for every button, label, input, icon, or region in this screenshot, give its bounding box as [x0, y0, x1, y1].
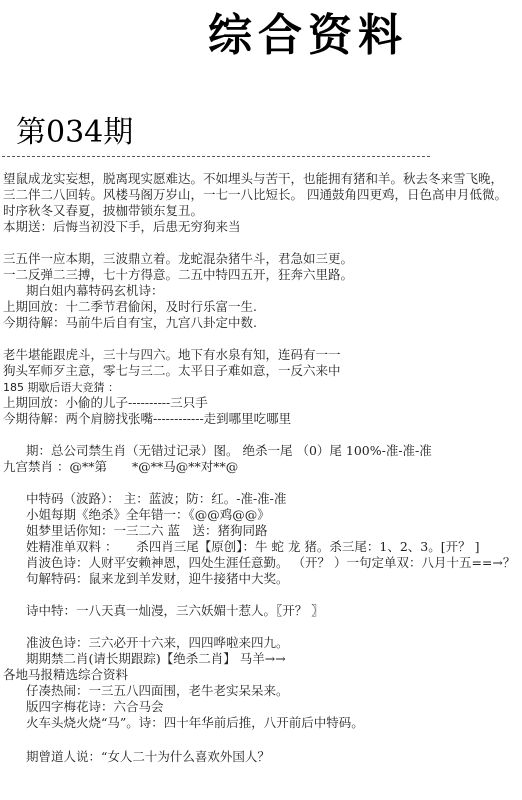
section-heading-white-sister: 期白姐内幕特码玄机诗： — [26, 283, 164, 299]
dashed-divider — [2, 156, 430, 157]
section-heading-horse-papers: 各地马报精选综合资料 — [3, 667, 128, 683]
poem-special: 诗中特：一八天真一灿漫，三六妖媚十惹人。〖开？ 〗 — [26, 603, 324, 619]
nine-palace-forbidden: 九宫禁肖 ：@**第 *@**马@**对**@ — [3, 459, 238, 475]
train-head-poem: 火车头烧火烧“马”。诗：四十年华前后推，八开前后中特码。 — [26, 715, 364, 731]
join-fun-tip: 仔凑热闹：一三五八四面围，老牛老实呆呆来。 — [26, 683, 289, 699]
this-issue-gift: 本期送：后悔当初没下手，后患无穷狗来当 — [3, 219, 241, 235]
section-heading-proverb: 185 期歇后语大竞猜 ： — [3, 380, 119, 396]
page-title: 综合资料 — [208, 14, 408, 58]
taoist-says: 期曾道人说：“女人二十为什么喜欢外国人？ — [26, 749, 270, 765]
yearly-kill-tip: 小姐每期《绝杀》全年错一：《@@鸡@@》 — [26, 507, 270, 523]
two-zodiac-ban: 期期禁二肖(请长期跟踪)【绝杀二肖】 马羊→→ — [26, 651, 286, 667]
plum-blossom-poem: 版四字梅花诗：六合马会 — [26, 699, 164, 715]
proverb-last-replay: 上期回放：小偷的儿子----------三只手 — [3, 395, 208, 411]
zodiac-wave-poem: 肖波色诗：人财平安赖神恩，四处生涯任意勤。 （开？ ）一句定单双：八月十五==→… — [26, 555, 515, 571]
accurate-wave-poem: 准波色诗：三六必开十六来，四四哗啦来四九。 — [26, 635, 289, 651]
issue-number: 第034期 — [16, 118, 133, 148]
last-issue-replay: 上期回放：十二季节君偷闲，及时行乐富一生. — [3, 299, 257, 315]
this-issue-riddle: 今期待解：马前牛后自有宝，九宫八卦定中数. — [3, 315, 257, 331]
dream-words-tip: 姐梦里话你知：一三二六 蓝 送：猪狗同路 — [26, 523, 267, 539]
special-code-line: 句解特码：鼠来龙到羊发财，迎牛接猪中大奖。 — [26, 571, 289, 587]
poem-line-1: 望鼠成龙实妄想，脱离现实愿难达。不如埋头与苦干，也能拥有猪和羊。秋去冬来雪飞晚， — [3, 171, 503, 187]
poem-line-2: 三二伴二八回转。风楼马阁万岁山，一七一八比短长。 四通鼓角四更鸡，日色高申月低微… — [3, 187, 507, 203]
verse-line-4: 狗头军师歹主意，零七与三二。太平日子难如意，一反六来中 — [3, 363, 341, 379]
odd-even-tip: 姓精准单双料 ： 杀四肖三尾【原创】：牛 蛇 龙 猪。杀三尾：1、2、3。[开？… — [26, 539, 479, 555]
wave-color-tip: 中特码（波路）： 主：蓝波；防：红。-准-准-准 — [26, 491, 286, 507]
verse-line-3: 老牛堪能跟虎斗，三十与四六。地下有水泉有知，连码有一一 — [3, 347, 341, 363]
proverb-this-riddle: 今期待解：两个肩膀找张嘴------------走到哪里吃哪里 — [3, 411, 291, 427]
forbidden-zodiac-note: 期：总公司禁生肖（无错过记录）图。 绝杀一尾 （0）尾 100%-准-准-准 — [26, 443, 432, 459]
poem-line-3: 时序秋冬又春夏，披枷带锁东复丑。 — [3, 203, 203, 219]
verse-line-1: 三五伴一应本期，三波鼎立着。龙蛇混杂猪牛斗，君急如三更。 — [3, 251, 353, 267]
verse-line-2: 一二反弹二三搏，七十方得意。二五中特四五开，狂奔六里路。 — [3, 267, 353, 283]
